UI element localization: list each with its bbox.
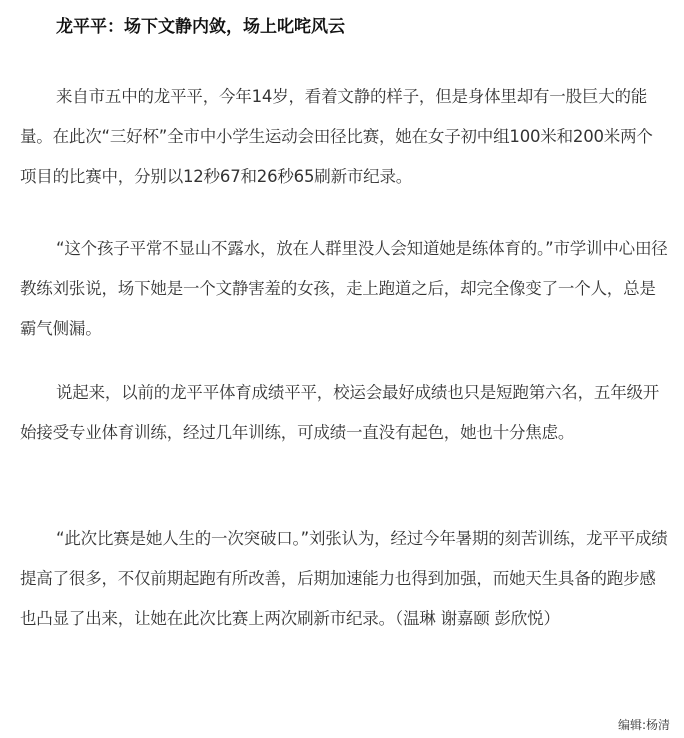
article-title: 龙平平：场下文静内敛，场上叱咤风云: [56, 12, 345, 37]
editor-credit: 编辑:杨清: [618, 716, 670, 733]
article-paragraph-2: “这个孩子平常不显山不露水，放在人群里没人会知道她是练体育的。”市学训中心田径教…: [20, 229, 668, 349]
article-paragraph-1: 来自市五中的龙平平，今年14岁，看着文静的样子，但是身体里却有一股巨大的能量。在…: [20, 77, 668, 197]
article-paragraph-3: 说起来，以前的龙平平体育成绩平平，校运会最好成绩也只是短跑第六名，五年级开始接受…: [20, 373, 668, 453]
article-paragraph-4: “此次比赛是她人生的一次突破口。”刘张认为，经过今年暑期的刻苦训练，龙平平成绩提…: [20, 519, 668, 639]
